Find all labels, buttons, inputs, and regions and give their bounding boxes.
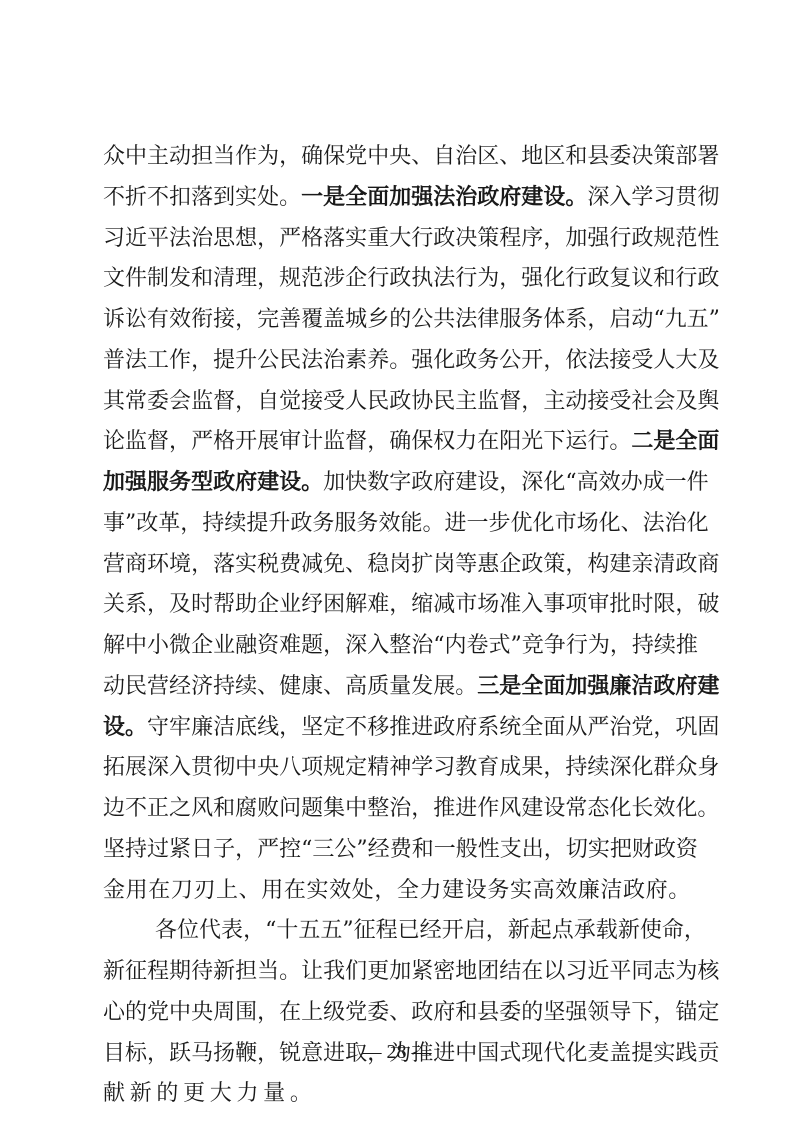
body-char: 更 <box>183 1074 210 1115</box>
bold-heading-char: 一 <box>301 178 323 219</box>
body-char: 落 <box>213 545 235 586</box>
body-char: 论 <box>103 422 125 463</box>
body-char: 入 <box>169 748 191 789</box>
body-char: 系 <box>565 300 587 341</box>
body-char: 的 <box>125 993 147 1034</box>
body-char: 命 <box>662 911 684 952</box>
body-char: 程 <box>147 952 169 993</box>
body-char: 献 <box>103 1074 130 1115</box>
body-char: ， <box>279 708 301 749</box>
body-char: 民 <box>433 382 455 423</box>
bold-heading-char: 府 <box>235 463 257 504</box>
text-line: 坚持过紧日子，严控“三公”经费和一般性支出，切实把财政资 <box>103 830 691 871</box>
body-char: 府 <box>433 463 455 504</box>
body-char: 边 <box>103 789 125 830</box>
body-char: 资 <box>676 830 698 871</box>
body-char: 结 <box>499 952 521 993</box>
body-char: 和 <box>191 259 213 300</box>
body-char: 制 <box>147 259 169 300</box>
text-line: 新征程期待新担当。让我们更加紧密地团结在以习近平同志为核 <box>103 952 691 993</box>
body-char: 的 <box>521 993 543 1034</box>
body-char: 设 <box>477 463 499 504</box>
body-char: 设 <box>543 789 565 830</box>
body-char: 事 <box>103 504 125 545</box>
body-char: 服 <box>334 504 356 545</box>
body-char: 效 <box>599 463 621 504</box>
body-char: 严 <box>191 422 213 463</box>
body-char: 岗 <box>433 545 455 586</box>
body-char: 担 <box>235 952 257 993</box>
body-char: 委 <box>609 137 631 178</box>
body-char: ， <box>374 871 397 912</box>
body-char: 稳 <box>367 545 389 586</box>
body-char: ， <box>180 504 202 545</box>
body-char: 覆 <box>301 300 323 341</box>
body-char: 政 <box>389 259 411 300</box>
body-char: 中 <box>125 626 147 667</box>
body-char: 担 <box>191 137 213 178</box>
text-line: 解中小微企业融资难题，深入整治“内卷式”竞争行为，持续推 <box>103 626 691 667</box>
body-char: 服 <box>499 300 521 341</box>
body-char: 监 <box>125 422 147 463</box>
bold-heading-char: 政 <box>653 667 675 708</box>
body-char: 、 <box>257 667 279 708</box>
text-line: 金用在刀刃上、用在实效处，全力建设务实高效廉洁政府。 <box>103 871 691 912</box>
body-char: 商 <box>125 545 147 586</box>
body-char: 小 <box>147 626 169 667</box>
body-char: 实 <box>588 830 610 871</box>
document-body: 众中主动担当作为，确保党中央、自治区、地区和县委决策部署不折不扣落到实处。一是全… <box>103 137 691 1115</box>
body-char: 级 <box>323 993 345 1034</box>
body-char: 项 <box>301 748 323 789</box>
body-char: 式 <box>489 626 511 667</box>
body-char: 习 <box>565 952 587 993</box>
body-char: 点 <box>552 911 574 952</box>
body-char: 围 <box>235 993 257 1034</box>
body-char: 进 <box>444 504 466 545</box>
body-char: 持 <box>632 626 654 667</box>
body-char: 贯 <box>191 748 213 789</box>
body-char: “ <box>433 626 444 667</box>
body-char: 区 <box>477 137 499 178</box>
bold-heading-char: 全 <box>675 422 697 463</box>
body-char: 已 <box>398 911 420 952</box>
body-char: 中 <box>125 137 147 178</box>
body-char: 化 <box>543 463 565 504</box>
body-char: 为 <box>477 259 499 300</box>
body-char: 性 <box>697 219 719 260</box>
body-char: 化 <box>609 789 631 830</box>
body-char: 行 <box>411 219 433 260</box>
body-char: 党 <box>345 993 367 1034</box>
body-char: 定 <box>323 708 345 749</box>
body-char: 之 <box>169 789 191 830</box>
body-char: 出 <box>522 830 544 871</box>
body-char: 用 <box>126 871 149 912</box>
body-char: 人 <box>653 341 675 382</box>
body-char: 央 <box>257 748 279 789</box>
body-char: 执 <box>411 259 433 300</box>
body-char: 法 <box>169 219 191 260</box>
text-line: 设。守牢廉洁底线，坚定不移推进政府系统全面从严治党，巩固 <box>103 708 691 749</box>
body-char: 行 <box>609 219 631 260</box>
body-char: 更 <box>367 952 389 993</box>
body-char: 落 <box>191 178 213 219</box>
body-char: 审 <box>587 585 609 626</box>
text-line: 普法工作，提升公民法治素养。强化政务公开，依法接受人大及 <box>103 341 691 382</box>
body-char: 问 <box>279 789 301 830</box>
body-char: 接 <box>609 341 631 382</box>
body-char: 深 <box>521 463 543 504</box>
body-char: 、 <box>411 137 433 178</box>
body-char: 大 <box>389 219 411 260</box>
body-char: 接 <box>587 382 609 423</box>
body-char: ， <box>235 830 257 871</box>
body-char: 上 <box>216 871 239 912</box>
body-char: 企 <box>499 545 521 586</box>
body-char: 近 <box>587 952 609 993</box>
body-char: 贯 <box>675 178 697 219</box>
bold-heading-char: 是 <box>499 667 521 708</box>
bold-heading-char: 建 <box>521 178 543 219</box>
body-char: 件 <box>125 259 147 300</box>
body-char: 行 <box>367 259 389 300</box>
body-char: 建 <box>442 871 465 912</box>
body-char: 业 <box>279 585 301 626</box>
body-char: 为 <box>257 137 279 178</box>
body-char: 态 <box>587 789 609 830</box>
body-char: 过 <box>147 830 169 871</box>
body-char: ， <box>610 626 632 667</box>
body-char: 序 <box>521 219 543 260</box>
body-char: 平 <box>609 952 631 993</box>
body-char: 自 <box>433 137 455 178</box>
body-char: 府 <box>646 871 669 912</box>
body-char: 高 <box>533 871 556 912</box>
text-line: 其常委会监督，自觉接受人民政协民主监督，主动接受社会及舆 <box>103 382 691 423</box>
body-char: 近 <box>125 219 147 260</box>
body-char: 。 <box>668 871 691 912</box>
body-char: 新 <box>618 911 640 952</box>
bold-heading-char: 三 <box>477 667 499 708</box>
body-char: 受 <box>631 341 653 382</box>
bold-heading-char: 面 <box>367 178 389 219</box>
body-char: 实 <box>235 178 257 219</box>
body-char: 洁 <box>600 871 623 912</box>
body-char: 持 <box>202 504 224 545</box>
body-char: 务 <box>356 504 378 545</box>
body-char: 费 <box>279 545 301 586</box>
body-char: 公 <box>334 830 356 871</box>
body-char: ， <box>499 259 521 300</box>
body-char: 化 <box>687 504 709 545</box>
body-char: 果 <box>521 748 543 789</box>
body-char: 持 <box>125 830 147 871</box>
body-char: 复 <box>609 259 631 300</box>
body-char: 法 <box>125 341 147 382</box>
body-char: 限 <box>653 585 675 626</box>
body-char: 坚 <box>301 708 323 749</box>
body-char: 强 <box>521 259 543 300</box>
body-char: 行 <box>455 259 477 300</box>
body-char: 高 <box>345 667 367 708</box>
body-char: 载 <box>596 911 618 952</box>
body-char: 力 <box>420 871 443 912</box>
body-char: 效 <box>378 504 400 545</box>
body-char: 正 <box>147 789 169 830</box>
body-char: 强 <box>565 993 587 1034</box>
body-char: 公 <box>257 341 279 382</box>
body-char: 央 <box>389 137 411 178</box>
body-char: 周 <box>213 993 235 1034</box>
body-char: 城 <box>345 300 367 341</box>
body-char: 主 <box>455 382 477 423</box>
body-char: ， <box>544 830 566 871</box>
body-char: ， <box>543 748 565 789</box>
body-char: 格 <box>301 219 323 260</box>
body-char: 不 <box>147 178 169 219</box>
body-char: 经 <box>420 911 442 952</box>
body-char: 行 <box>587 422 609 463</box>
text-line: 关系，及时帮助企业纾困解难，缩减市场准入事项审批时限，破 <box>103 585 691 626</box>
body-char: 务 <box>521 300 543 341</box>
body-char: 志 <box>653 952 675 993</box>
body-char: 保 <box>411 422 433 463</box>
body-char: 量 <box>263 1074 290 1115</box>
body-char: 场 <box>477 585 499 626</box>
body-char: 展 <box>125 748 147 789</box>
body-char: 亲 <box>631 545 653 586</box>
body-char: 题 <box>301 789 323 830</box>
body-char: 、 <box>389 993 411 1034</box>
body-char: 加 <box>389 952 411 993</box>
body-char: 深 <box>147 748 169 789</box>
body-char: 众 <box>103 137 125 178</box>
body-char: 运 <box>565 422 587 463</box>
body-char: 微 <box>169 626 191 667</box>
bold-heading-char: 务 <box>169 463 191 504</box>
body-char: 当 <box>257 952 279 993</box>
body-char: 支 <box>500 830 522 871</box>
body-char: 败 <box>257 789 279 830</box>
body-char: 学 <box>631 178 653 219</box>
body-char: 清 <box>213 259 235 300</box>
body-char: ， <box>279 137 301 178</box>
text-line: 文件制发和清理，规范涉企行政执法行为，强化行政复议和行政 <box>103 259 691 300</box>
body-char: 、 <box>239 871 262 912</box>
body-char: 化 <box>631 748 653 789</box>
body-char: ， <box>411 789 433 830</box>
body-char: 待 <box>191 952 213 993</box>
bold-heading-char: 。 <box>301 463 323 504</box>
body-char: 确 <box>389 422 411 463</box>
body-char: ， <box>684 911 706 952</box>
body-char: 惠 <box>477 545 499 586</box>
body-char: 理 <box>235 259 257 300</box>
body-char: 营 <box>147 667 169 708</box>
body-char: 加 <box>323 463 345 504</box>
body-char: 固 <box>697 708 719 749</box>
body-char: 内 <box>444 626 466 667</box>
body-char: “ <box>653 300 664 341</box>
body-char: 讼 <box>125 300 147 341</box>
body-char: 不 <box>103 178 125 219</box>
body-char: 、 <box>621 504 643 545</box>
text-line: 众中主动担当作为，确保党中央、自治区、地区和县委决策部署 <box>103 137 691 178</box>
body-char: 纾 <box>301 585 323 626</box>
body-char: 步 <box>489 504 511 545</box>
body-char: 重 <box>367 219 389 260</box>
body-char: 力 <box>236 1074 263 1115</box>
body-char: 费 <box>390 830 412 871</box>
body-char: 营 <box>103 545 125 586</box>
body-char: 。 <box>279 952 301 993</box>
body-char: 普 <box>103 341 125 382</box>
body-char: ” <box>356 830 367 871</box>
body-char: 升 <box>268 504 290 545</box>
body-char: 集 <box>323 789 345 830</box>
body-char: 完 <box>257 300 279 341</box>
body-char: 民 <box>279 341 301 382</box>
body-char: 承 <box>574 911 596 952</box>
body-char: 化 <box>675 789 697 830</box>
body-char: 场 <box>577 504 599 545</box>
body-char: 、 <box>345 545 367 586</box>
body-char: 控 <box>279 830 301 871</box>
body-char: 展 <box>433 667 455 708</box>
body-char: 其 <box>103 382 125 423</box>
bold-heading-char: 治 <box>455 178 477 219</box>
body-char: 政 <box>675 545 697 586</box>
body-char: 主 <box>147 137 169 178</box>
body-char: 数 <box>367 463 389 504</box>
body-char: 化 <box>533 504 555 545</box>
body-char: 身 <box>697 748 719 789</box>
body-char: 阳 <box>499 422 521 463</box>
body-char: 启 <box>609 300 631 341</box>
body-char: 团 <box>477 952 499 993</box>
body-char: 平 <box>147 219 169 260</box>
body-char: 地 <box>455 952 477 993</box>
body-char: 减 <box>301 545 323 586</box>
body-char: 建 <box>609 545 631 586</box>
body-char: 行 <box>565 259 587 300</box>
body-char: 动 <box>103 667 125 708</box>
body-char: 依 <box>565 341 587 382</box>
body-char: 社 <box>631 382 653 423</box>
text-line: 动民营经济持续、健康、高质量发展。三是全面加强廉洁政府建 <box>103 667 691 708</box>
body-char: 市 <box>555 504 577 545</box>
body-char: 高 <box>577 463 599 504</box>
bold-heading-char: 面 <box>697 422 719 463</box>
body-char: 法 <box>643 504 665 545</box>
body-char: 助 <box>235 585 257 626</box>
body-char: 各 <box>155 911 177 952</box>
body-char: 盖 <box>323 300 345 341</box>
body-char: 监 <box>191 382 213 423</box>
text-line: 献新的更大力量。 <box>103 1074 691 1115</box>
body-char: 把 <box>610 830 632 871</box>
body-char: 密 <box>433 952 455 993</box>
text-line: 心的党中央周围，在上级党委、政府和县委的坚强领导下，锚定 <box>103 993 691 1034</box>
body-char: 及 <box>697 341 719 382</box>
body-char: 治 <box>323 341 345 382</box>
body-char: 效 <box>329 871 352 912</box>
body-char: 使 <box>640 911 662 952</box>
body-char: 受 <box>323 382 345 423</box>
body-char: 刀 <box>171 871 194 912</box>
body-char: 、 <box>499 137 521 178</box>
body-char: ， <box>323 626 345 667</box>
body-char: 提 <box>246 504 268 545</box>
body-char: 中 <box>235 748 257 789</box>
body-char: 我 <box>323 952 345 993</box>
body-char: ， <box>235 382 257 423</box>
text-line: 诉讼有效衔接，完善覆盖城乡的公共法律服务体系，启动“九五” <box>103 300 691 341</box>
bold-heading-char: 政 <box>213 463 235 504</box>
body-char: 续 <box>224 504 246 545</box>
body-char: 确 <box>301 137 323 178</box>
body-char: 实 <box>306 871 329 912</box>
body-char: 风 <box>191 789 213 830</box>
body-char: 能 <box>400 504 422 545</box>
body-char: 竞 <box>522 626 544 667</box>
body-char: 持 <box>565 748 587 789</box>
text-line: 营商环境，落实税费减免、稳岗扩岗等惠企政策，构建亲清政商 <box>103 545 691 586</box>
body-char: 处 <box>352 871 375 912</box>
body-char: 动 <box>631 300 653 341</box>
body-char: 务 <box>312 504 334 545</box>
body-char: 。 <box>422 504 444 545</box>
bold-heading-char: 。 <box>565 178 587 219</box>
body-char: 入 <box>521 585 543 626</box>
body-char: ， <box>389 585 411 626</box>
body-char: 洁 <box>213 708 235 749</box>
body-char: 觉 <box>279 382 301 423</box>
body-char: ， <box>257 993 279 1034</box>
body-char: 的 <box>389 300 411 341</box>
body-char: 共 <box>433 300 455 341</box>
body-char: 环 <box>147 545 169 586</box>
body-char: 县 <box>587 137 609 178</box>
body-char: 不 <box>345 708 367 749</box>
body-char: 严 <box>257 830 279 871</box>
body-char: 统 <box>499 708 521 749</box>
body-char: 准 <box>499 585 521 626</box>
body-char: 和 <box>653 259 675 300</box>
body-char: 常 <box>125 382 147 423</box>
body-char: 免 <box>323 545 345 586</box>
body-char: 有 <box>147 300 169 341</box>
body-char: 在 <box>521 952 543 993</box>
body-char: 帮 <box>213 585 235 626</box>
body-char: 加 <box>565 219 587 260</box>
body-char: 批 <box>609 585 631 626</box>
bold-heading-char: 设 <box>279 463 301 504</box>
body-char: 化 <box>543 259 565 300</box>
bold-heading-char: 是 <box>653 422 675 463</box>
body-char: 主 <box>543 382 565 423</box>
body-char: 化 <box>599 504 621 545</box>
body-char: 扩 <box>411 545 433 586</box>
body-char: 党 <box>631 708 653 749</box>
body-char: 系 <box>477 708 499 749</box>
body-char: 拓 <box>103 748 125 789</box>
body-char: ， <box>191 545 213 586</box>
bold-heading-char: 廉 <box>609 667 631 708</box>
body-char: 效 <box>555 871 578 912</box>
body-char: 政 <box>623 871 646 912</box>
